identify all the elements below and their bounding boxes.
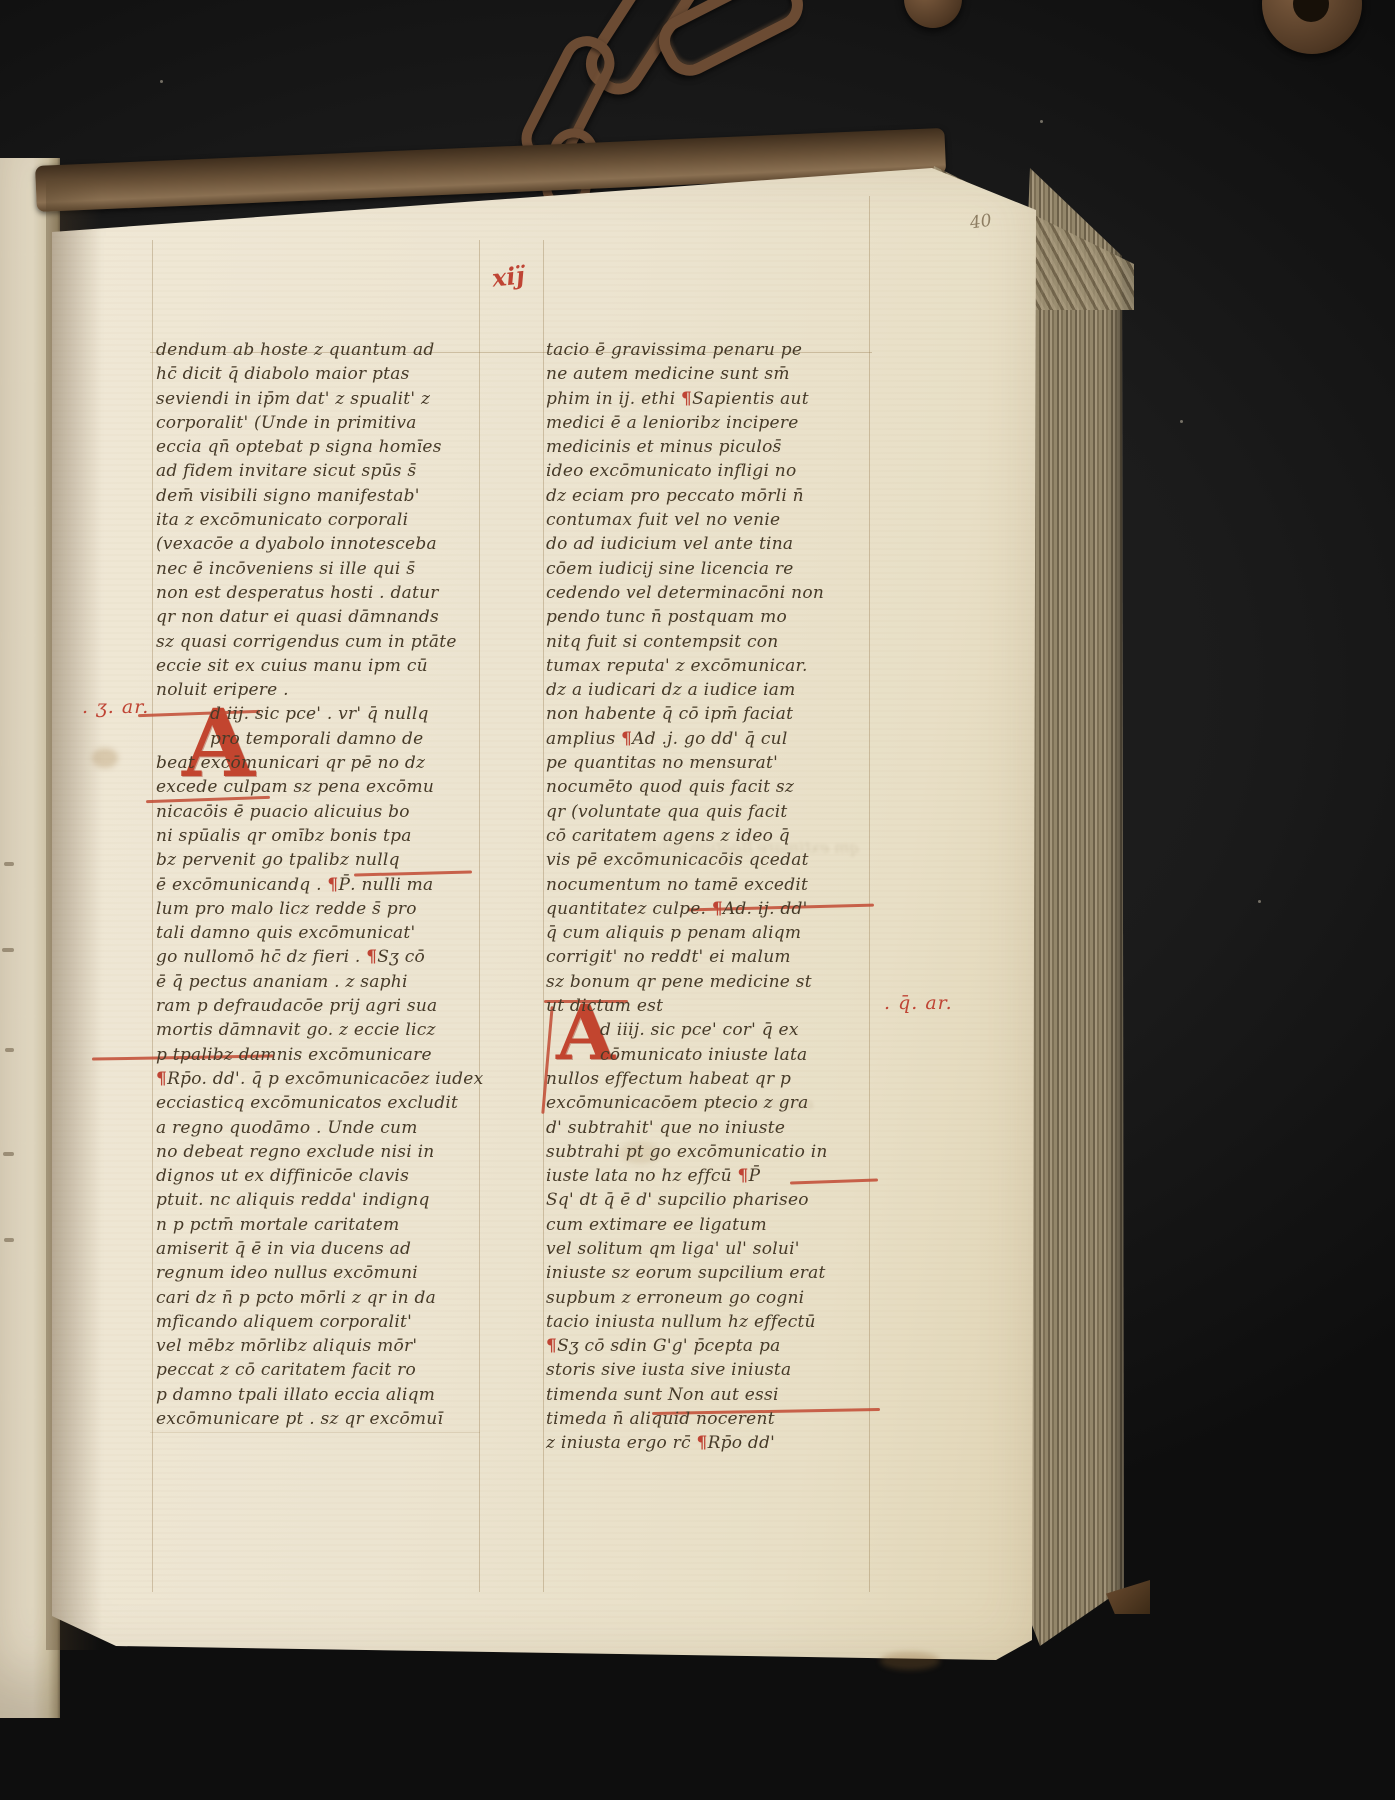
manuscript-text-line: supbum z erroneum go cogni xyxy=(546,1286,876,1310)
foxing-stain xyxy=(92,748,118,768)
margin-note-right: . q̄. ar. xyxy=(884,992,953,1014)
manuscript-text-line: ideo excōmunicato infligi no xyxy=(546,459,876,483)
manuscript-text-line: vel mēbz mōrlibz aliquis mōr' xyxy=(156,1334,478,1358)
manuscript-text-line: cari dz n̄ p pcto mōrli z qr in da xyxy=(156,1286,478,1310)
dust-speck xyxy=(1258,900,1261,903)
manuscript-text-line: eccie sit ex cuius manu ipm cū xyxy=(156,654,478,678)
manuscript-text-line: ē excōmunicandq . ¶P̄. nulli ma xyxy=(156,873,478,897)
manuscript-text-line: cum extimare ee ligatum xyxy=(546,1213,876,1237)
manuscript-text-line: corrigit' no reddt' ei malum xyxy=(546,945,876,969)
manuscript-text-line: vis pē excōmunicacōis qcedat xyxy=(546,848,876,872)
ruling-line-vertical xyxy=(543,240,544,1592)
manuscript-text-line: dz eciam pro peccato mōrli n̄ xyxy=(546,484,876,508)
ruling-line-horizontal xyxy=(150,1432,480,1433)
manuscript-text-line: ¶Rp̄o. dd'. q̄ p excōmunicacōez iudex xyxy=(156,1067,478,1091)
verso-ink-mark xyxy=(4,862,14,866)
manuscript-text-line: nocumentum no tamē excedit xyxy=(546,873,876,897)
manuscript-text-line: tumax reputa' z excōmunicar. xyxy=(546,654,876,678)
foxing-stain xyxy=(880,1652,940,1670)
manuscript-text-line: timenda sunt Non aut essi xyxy=(546,1383,876,1407)
manuscript-text-line: vel solitum qm liga' ul' solui' xyxy=(546,1237,876,1261)
verso-ink-mark xyxy=(3,1152,14,1156)
manuscript-text-line: nicacōis ē puacio alicuius bo xyxy=(156,800,478,824)
manuscript-text-line: phim in ij. ethi ¶Sapientis aut xyxy=(546,387,876,411)
manuscript-text-line: q̄ cum aliquis p penam aliqm xyxy=(546,921,876,945)
manuscript-text-line: pe quantitas no mensurat' xyxy=(546,751,876,775)
manuscript-text-line: regnum ideo nullus excōmuni xyxy=(156,1261,478,1285)
manuscript-text-line: ¶Sʒ cō sdin G'g' p̄cepta pa xyxy=(546,1334,876,1358)
manuscript-text-line: dem̄ visibili signo manifestab' xyxy=(156,484,478,508)
manuscript-text-line: ut dictum est xyxy=(546,994,876,1018)
manuscript-text-line: excōmunicare pt . sz qr excōmuī xyxy=(156,1407,478,1431)
manuscript-text-line: nullos effectum habeat qr p xyxy=(546,1067,876,1091)
verso-ink-mark xyxy=(5,1048,14,1052)
manuscript-text-line: iuste lata no hz effcū ¶P̄ xyxy=(546,1164,876,1188)
manuscript-text-line: amplius ¶Ad .j. go dd' q̄ cul xyxy=(546,727,876,751)
manuscript-text-line: non habente q̄ cō ipm̄ faciat xyxy=(546,702,876,726)
manuscript-text-line: timeda n̄ aliquid nocerent xyxy=(546,1407,876,1431)
manuscript-text-line: ni spūalis qr omībz bonis tpa xyxy=(156,824,478,848)
dust-speck xyxy=(160,80,163,83)
manuscript-text-line: quantitatez culpe. ¶Ad. ij. dd' xyxy=(546,897,876,921)
manuscript-text-line: cōmunicato iniuste lata xyxy=(546,1043,876,1067)
manuscript-text-line: beat excōmunicari qr pē no dz xyxy=(156,751,478,775)
verso-ink-mark xyxy=(4,1238,14,1242)
manuscript-text-line: ad fidem invitare sicut spūs s̄ xyxy=(156,459,478,483)
manuscript-text-line: contumax fuit vel no venie xyxy=(546,508,876,532)
manuscript-text-line: no debeat regno exclude nisi in xyxy=(156,1140,478,1164)
manuscript-text-line: d iij. sic pce' . vr' q̄ nullq xyxy=(156,702,478,726)
ruling-line-vertical xyxy=(152,240,153,1592)
manuscript-text-line: cō caritatem agens z ideo q̄ xyxy=(546,824,876,848)
manuscript-text-line: corporalit' (Unde in primitiva xyxy=(156,411,478,435)
manuscript-text-line: ram p defraudacōe prij agri sua xyxy=(156,994,478,1018)
manuscript-text-line: excede culpam sz pena excōmu xyxy=(156,775,478,799)
manuscript-photograph: qm extimare ligatum solutum excomunicati… xyxy=(0,0,1395,1800)
manuscript-text-line: excōmunicacōem ptecio z gra xyxy=(546,1091,876,1115)
text-column-left: dendum ab hoste z quantum adhc̄ dicit q̄… xyxy=(156,338,478,1431)
folio-number: 40 xyxy=(969,211,993,234)
manuscript-text-line: ē q̄ pectus ananiam . z saphi xyxy=(156,970,478,994)
manuscript-text-line: qr non datur ei quasi dāmnands xyxy=(156,605,478,629)
manuscript-text-line: peccat z cō caritatem facit ro xyxy=(156,1358,478,1382)
manuscript-text-line: medicinis et minus piculos̄ xyxy=(546,435,876,459)
manuscript-text-line: noluit eripere . xyxy=(156,678,478,702)
manuscript-text-line: lum pro malo licz redde s̄ pro xyxy=(156,897,478,921)
manuscript-text-line: pendo tunc n̄ postquam mo xyxy=(546,605,876,629)
ruling-line-vertical xyxy=(479,240,480,1592)
manuscript-text-line: cedendo vel determinacōni non xyxy=(546,581,876,605)
manuscript-text-line: mficando aliquem corporalit' xyxy=(156,1310,478,1334)
manuscript-text-line: non est desperatus hosti . datur xyxy=(156,581,478,605)
verso-ink-mark xyxy=(2,948,14,952)
manuscript-text-line: pro temporali damno de xyxy=(156,727,478,751)
manuscript-text-line: n p pctm̄ mortale caritatem xyxy=(156,1213,478,1237)
chain-swivel-icon xyxy=(904,0,962,28)
manuscript-text-line: sz bonum qr pene medicine st xyxy=(546,970,876,994)
manuscript-text-line: p damno tpali illato eccia aliqm xyxy=(156,1383,478,1407)
manuscript-text-line: dz a iudicari dz a iudice iam xyxy=(546,678,876,702)
manuscript-text-line: eccia qn̄ optebat p signa homīes xyxy=(156,435,478,459)
gutter-shadow xyxy=(46,180,102,1650)
manuscript-text-line: ne autem medicine sunt sm̄ xyxy=(546,362,876,386)
manuscript-text-line: cōem iudicij sine licencia re xyxy=(546,557,876,581)
manuscript-text-line: subtrahi pt go excōmunicatio in xyxy=(546,1140,876,1164)
quire-header-mark: xiȷ̈ xyxy=(491,260,526,292)
manuscript-text-line: ita z excōmunicato corporali xyxy=(156,508,478,532)
manuscript-text-line: iniuste sz eorum supcilium erat xyxy=(546,1261,876,1285)
manuscript-text-line: medici ē a lenioribz incipere xyxy=(546,411,876,435)
manuscript-text-line: (vexacōe a dyabolo innotesceba xyxy=(156,532,478,556)
manuscript-text-line: sz quasi corrigendus cum in ptāte xyxy=(156,630,478,654)
manuscript-text-line: ecciasticq excōmunicatos excludit xyxy=(156,1091,478,1115)
dust-speck xyxy=(1040,120,1043,123)
manuscript-text-line: tacio ē gravissima penaru pe xyxy=(546,338,876,362)
manuscript-text-line: d iiij. sic pce' cor' q̄ ex xyxy=(546,1018,876,1042)
manuscript-text-line: storis sive iusta sive iniusta xyxy=(546,1358,876,1382)
manuscript-text-line: nitq fuit si contempsit con xyxy=(546,630,876,654)
text-column-right: tacio ē gravissima penaru pene autem med… xyxy=(546,338,876,1456)
manuscript-text-line: ptuit. nc aliquis redda' indignq xyxy=(156,1188,478,1212)
manuscript-text-line: nocumēto quod quis facit sz xyxy=(546,775,876,799)
manuscript-text-line: a regno quodāmo . Unde cum xyxy=(156,1116,478,1140)
manuscript-text-line: hc̄ dicit q̄ diabolo maior ptas xyxy=(156,362,478,386)
manuscript-text-line: nec ē incōveniens si ille qui s̄ xyxy=(156,557,478,581)
manuscript-text-line: dignos ut ex diffinicōe clavis xyxy=(156,1164,478,1188)
dust-speck xyxy=(1180,420,1183,423)
manuscript-text-line: p tpalibz damnis excōmunicare xyxy=(156,1043,478,1067)
manuscript-text-line: z iniusta ergo rc̄ ¶Rp̄o dd' xyxy=(546,1431,876,1455)
manuscript-text-line: tali damno quis excōmunicat' xyxy=(156,921,478,945)
manuscript-text-line: qr (voluntate qua quis facit xyxy=(546,800,876,824)
manuscript-text-line: do ad iudicium vel ante tina xyxy=(546,532,876,556)
manuscript-text-line: bz pervenit go tpalibz nullq xyxy=(156,848,478,872)
manuscript-text-line: tacio iniusta nullum hz effectū xyxy=(546,1310,876,1334)
manuscript-text-line: mortis dāmnavit go. z eccie licz xyxy=(156,1018,478,1042)
manuscript-text-line: seviendi in ip̄m dat' z spualit' z xyxy=(156,387,478,411)
manuscript-text-line: dendum ab hoste z quantum ad xyxy=(156,338,478,362)
manuscript-text-line: go nullomō hc̄ dz fieri . ¶Sʒ cō xyxy=(156,945,478,969)
manuscript-text-line: d' subtrahit' que no iniuste xyxy=(546,1116,876,1140)
manuscript-text-line: Sq' dt q̄ ē d' supcilio phariseo xyxy=(546,1188,876,1212)
manuscript-text-line: amiserit q̄ ē in via ducens ad xyxy=(156,1237,478,1261)
